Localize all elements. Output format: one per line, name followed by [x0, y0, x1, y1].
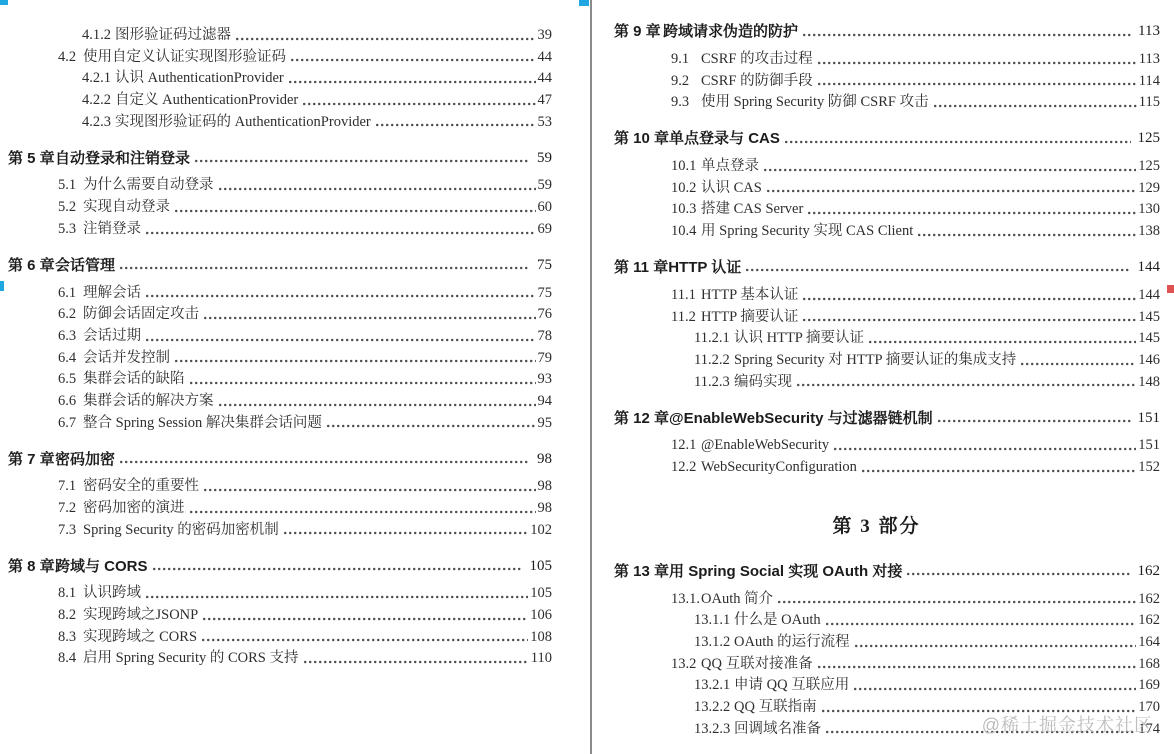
toc-entry-number: 第 13 章 [614, 563, 669, 580]
scan-artifact-top-cyan [579, 0, 589, 6]
toc-entry-title: WebSecurityConfiguration [701, 459, 860, 476]
page-number: 78 [537, 328, 553, 345]
page-number: 144 [1137, 287, 1160, 304]
toc-entry-number: 10.3 [671, 201, 701, 218]
toc-entry-title: 密码安全的重要性 [83, 478, 202, 495]
page-number: 145 [1137, 330, 1160, 347]
page-number: 110 [530, 650, 552, 667]
dot-leader [803, 318, 1136, 322]
page-number: 144 [1137, 259, 1161, 276]
toc-entry-number: 6.6 [58, 393, 83, 410]
toc-entry-title: 使用 Spring Security 防御 CSRF 攻击 [701, 94, 932, 111]
toc-entry-title: 启用 Spring Security 的 CORS 支持 [83, 650, 302, 667]
toc-section-entry: 13.1.2OAuth 的运行流程164 [593, 629, 1160, 651]
dot-leader [818, 82, 1137, 86]
toc-entry-number: 第 10 章 [614, 130, 669, 147]
toc-entry-number: 6.2 [58, 306, 83, 323]
toc-entry-number: 10.4 [671, 223, 701, 240]
toc-entry-title: 认识 HTTP 摘要认证 [734, 330, 867, 347]
dot-leader [146, 231, 536, 235]
toc-entry-number: 4.1.2 [82, 27, 115, 44]
dot-leader [808, 211, 1136, 215]
page-number: 59 [537, 177, 553, 194]
toc-entry-number: 8.2 [58, 607, 83, 624]
toc-entry-title: 实现跨域之JSONP [83, 607, 201, 624]
dot-leader [219, 403, 536, 407]
toc-entry-number: 13.2.3 [694, 721, 734, 738]
toc-entry-title: QQ 互联指南 [734, 699, 820, 716]
toc-section-entry: 10.3搭建 CAS Server130 [593, 196, 1160, 218]
toc-entry-number: 12.1 [671, 437, 701, 454]
dot-leader [778, 600, 1136, 604]
toc-section-entry: 12.2WebSecurityConfiguration152 [593, 454, 1160, 476]
dot-leader [291, 58, 536, 62]
toc-entry-number: 5.2 [58, 199, 83, 216]
page-number: 69 [537, 221, 553, 238]
toc-chapter-entry: 第 6 章会话管理75 [0, 251, 552, 274]
toc-section-entry: 6.2防御会话固定攻击76 [0, 301, 552, 323]
left-page: 4.1.2图形验证码过滤器394.2使用自定义认证实现图形验证码444.2.1认… [0, 0, 592, 754]
toc-section-entry: 11.2.2Spring Security 对 HTTP 摘要认证的集成支持14… [593, 347, 1160, 369]
toc-entry-number: 6.1 [58, 285, 83, 302]
toc-entry-title: 单点登录与 CAS [669, 130, 783, 147]
toc-entry-title: 用 Spring Social 实现 OAuth 对接 [669, 563, 905, 580]
toc-entry-title: 实现图形验证码的 AuthenticationProvider [115, 114, 374, 131]
toc-entry-title: 实现自动登录 [83, 199, 173, 216]
page-number: 53 [537, 114, 553, 131]
toc-entry-number: 4.2 [58, 49, 83, 66]
toc-chapter-entry: 第 7 章密码加密98 [0, 445, 552, 468]
toc-section-entry: 6.1理解会话75 [0, 280, 552, 302]
toc-chapter-entry: 第 8 章跨域与 CORS105 [0, 552, 552, 575]
page-number: 95 [537, 415, 553, 432]
toc-entry-number: 7.3 [58, 522, 83, 539]
page-number: 59 [536, 150, 552, 167]
scan-artifact-corner-cyan [0, 0, 8, 5]
dot-leader [146, 338, 536, 342]
toc-entry-title: 集群会话的缺陷 [83, 371, 188, 388]
toc-entry-number: 第 8 章 [8, 558, 55, 575]
dot-leader [204, 316, 536, 320]
toc-entry-title: 什么是 OAuth [734, 612, 824, 629]
toc-entry-title: OAuth 简介 [701, 591, 776, 608]
toc-section-entry: 9.1CSRF 的攻击过程113 [593, 46, 1160, 68]
page-number: 75 [537, 285, 553, 302]
scan-artifact-left-cyan [0, 281, 4, 291]
toc-document-scan: 4.1.2图形验证码过滤器394.2使用自定义认证实现图形验证码444.2.1认… [0, 0, 1174, 754]
dot-leader [146, 595, 528, 599]
dot-leader [803, 297, 1136, 301]
toc-entry-title: @EnableWebSecurity [701, 437, 832, 454]
dot-leader [746, 268, 1130, 272]
dot-leader [120, 460, 530, 464]
toc-entry-title: 会话管理 [55, 257, 118, 274]
toc-entry-number: 10.1 [671, 158, 701, 175]
toc-section-entry: 4.2使用自定义认证实现图形验证码44 [0, 44, 552, 66]
toc-entry-title: CSRF 的防御手段 [701, 73, 816, 90]
toc-entry-number: 8.1 [58, 585, 83, 602]
toc-entry-title: 会话过期 [83, 328, 144, 345]
toc-entry-title: 回调域名准备 [734, 721, 824, 738]
toc-entry-title: 为什么需要自动登录 [83, 177, 217, 194]
dot-leader [190, 381, 536, 385]
toc-entry-number: 6.4 [58, 350, 83, 367]
toc-entry-title: 自动登录和注销登录 [55, 150, 193, 167]
toc-section-entry: 5.2实现自动登录60 [0, 194, 552, 216]
watermark-text: @稀土掘金技术社区 [982, 711, 1153, 737]
toc-entry-number: 4.2.2 [82, 92, 115, 109]
toc-section-entry: 11.2.1认识 HTTP 摘要认证145 [593, 325, 1160, 347]
dot-leader [303, 102, 535, 106]
toc-entry-number: 13.1. [671, 591, 701, 608]
page-number: 98 [536, 451, 552, 468]
toc-entry-number: 6.3 [58, 328, 83, 345]
dot-leader [190, 510, 536, 514]
toc-entry-number: 11.2.2 [694, 352, 734, 369]
page-number: 93 [537, 371, 553, 388]
toc-entry-number: 第 5 章 [8, 150, 55, 167]
dot-leader [918, 233, 1136, 237]
toc-entry-title: 认识 CAS [701, 180, 765, 197]
page-number: 125 [1137, 158, 1160, 175]
dot-leader [818, 665, 1137, 669]
toc-entry-number: 10.2 [671, 180, 701, 197]
toc-entry-number: 13.2 [671, 656, 701, 673]
toc-entry-title: 搭建 CAS Server [701, 201, 806, 218]
toc-section-entry: 5.3注销登录69 [0, 216, 552, 238]
toc-entry-number: 8.3 [58, 629, 83, 646]
page-number: 106 [529, 607, 552, 624]
toc-entry-number: 5.1 [58, 177, 83, 194]
toc-entry-title: OAuth 的运行流程 [734, 634, 853, 651]
toc-section-entry: 6.6集群会话的解决方案94 [0, 388, 552, 410]
page-number: 162 [1137, 591, 1160, 608]
toc-entry-title: 认识跨域 [83, 585, 144, 602]
page-number: 125 [1137, 130, 1161, 147]
toc-entry-number: 13.1.2 [694, 634, 734, 651]
toc-entry-number: 第 6 章 [8, 257, 55, 274]
dot-leader [764, 168, 1136, 172]
toc-chapter-entry: 第 9 章跨域请求伪造的防护113 [593, 18, 1160, 41]
toc-entry-title: Spring Security 对 HTTP 摘要认证的集成支持 [734, 352, 1019, 369]
toc-section-entry: 8.1认识跨域105 [0, 580, 552, 602]
toc-entry-number: 9.3 [671, 94, 701, 111]
toc-entry-title: 实现跨域之 CORS [83, 629, 200, 646]
page-number: 151 [1137, 410, 1161, 427]
dot-leader [146, 294, 536, 298]
dot-leader [219, 187, 536, 191]
toc-section-entry: 13.1.1什么是 OAuth162 [593, 607, 1160, 629]
toc-section-entry: 10.1单点登录125 [593, 153, 1160, 175]
page-number: 162 [1137, 563, 1161, 580]
toc-entry-number: 11.2 [671, 309, 701, 326]
dot-leader [862, 469, 1136, 473]
toc-section-entry: 9.2CSRF 的防御手段114 [593, 68, 1160, 90]
page-number: 169 [1137, 677, 1160, 694]
dot-leader [203, 617, 528, 621]
dot-leader [869, 340, 1136, 344]
toc-entry-number: 9.1 [671, 51, 701, 68]
toc-chapter-entry: 第 12 章@EnableWebSecurity 与过滤器链机制151 [593, 404, 1160, 427]
toc-entry-title: 防御会话固定攻击 [83, 306, 202, 323]
toc-entry-title: QQ 互联对接准备 [701, 656, 816, 673]
toc-chapter-entry: 第 5 章自动登录和注销登录59 [0, 144, 552, 167]
dot-leader [785, 140, 1131, 144]
page-number: 146 [1137, 352, 1160, 369]
toc-entry-number: 第 12 章 [614, 410, 669, 427]
toc-section-entry: 11.1HTTP 基本认证144 [593, 282, 1160, 304]
toc-entry-number: 13.1.1 [694, 612, 734, 629]
toc-section-entry: 4.2.3实现图形验证码的 AuthenticationProvider53 [0, 109, 552, 131]
toc-section-entry: 4.2.1认识 AuthenticationProvider44 [0, 65, 552, 87]
toc-entry-title: Spring Security 的密码加密机制 [83, 522, 282, 539]
scan-artifact-right-red [1167, 285, 1174, 293]
toc-entry-title: 图形验证码过滤器 [115, 27, 234, 44]
toc-entry-number: 第 11 章 [614, 259, 668, 276]
toc-entry-title: 集群会话的解决方案 [83, 393, 217, 410]
toc-section-entry: 6.3会话过期78 [0, 323, 552, 345]
dot-leader [120, 266, 530, 270]
dot-leader [818, 61, 1137, 65]
toc-entry-number: 6.7 [58, 415, 83, 432]
right-page: 第 9 章跨域请求伪造的防护1139.1CSRF 的攻击过程1139.2CSRF… [593, 0, 1174, 754]
toc-entry-number: 5.3 [58, 221, 83, 238]
toc-section-entry: 8.3实现跨域之 CORS108 [0, 624, 552, 646]
dot-leader [855, 644, 1137, 648]
toc-entry-number: 第 7 章 [8, 451, 55, 468]
toc-section-entry: 7.3Spring Security 的密码加密机制102 [0, 517, 552, 539]
toc-section-entry: 13.2QQ 互联对接准备168 [593, 651, 1160, 673]
page-number: 114 [1138, 73, 1160, 90]
toc-section-entry: 11.2HTTP 摘要认证145 [593, 304, 1160, 326]
dot-leader [284, 531, 529, 535]
page-number: 98 [537, 500, 553, 517]
toc-section-entry: 9.3使用 Spring Security 防御 CSRF 攻击115 [593, 89, 1160, 111]
toc-entry-title: HTTP 摘要认证 [701, 309, 801, 326]
toc-chapter-entry: 第 13 章用 Spring Social 实现 OAuth 对接162 [593, 557, 1160, 580]
dot-leader [826, 622, 1137, 626]
toc-entry-number: 9.2 [671, 73, 701, 90]
page-number: 162 [1137, 612, 1160, 629]
dot-leader [327, 424, 536, 428]
page-number: 39 [537, 27, 553, 44]
toc-entry-title: 密码加密的演进 [83, 500, 188, 517]
toc-section-entry: 8.2实现跨域之JSONP106 [0, 602, 552, 624]
toc-entry-number: 7.1 [58, 478, 83, 495]
dot-leader [767, 189, 1136, 193]
toc-entry-number: 11.2.1 [694, 330, 734, 347]
toc-entry-number: 4.2.1 [82, 70, 115, 87]
toc-section-entry: 4.1.2图形验证码过滤器39 [0, 22, 552, 44]
toc-entry-title: @EnableWebSecurity 与过滤器链机制 [669, 410, 936, 427]
toc-entry-title: 用 Spring Security 实现 CAS Client [701, 223, 916, 240]
toc-entry-number: 12.2 [671, 459, 701, 476]
toc-entry-number: 6.5 [58, 371, 83, 388]
dot-leader [834, 447, 1136, 451]
toc-entry-title: 整合 Spring Session 解决集群会话问题 [83, 415, 325, 432]
page-number: 168 [1137, 656, 1160, 673]
toc-entry-number: 7.2 [58, 500, 83, 517]
dot-leader [854, 687, 1136, 691]
page-number: 76 [537, 306, 553, 323]
toc-entry-title: HTTP 认证 [668, 259, 744, 276]
page-number: 113 [1137, 23, 1160, 40]
page-number: 145 [1137, 309, 1160, 326]
dot-leader [175, 209, 536, 213]
page-number: 164 [1137, 634, 1160, 651]
page-number: 102 [529, 522, 552, 539]
page-divider [590, 0, 592, 754]
part-heading: 第 3 部分 [593, 510, 1160, 544]
toc-entry-number: 11.1 [671, 287, 701, 304]
page-number: 79 [537, 350, 553, 367]
toc-entry-title: 密码加密 [55, 451, 118, 468]
dot-leader [934, 104, 1137, 108]
toc-entry-title: 跨域请求伪造的防护 [663, 23, 801, 40]
page-number: 108 [529, 629, 552, 646]
dot-leader [376, 123, 536, 127]
toc-section-entry: 6.5集群会话的缺陷93 [0, 366, 552, 388]
dot-leader [202, 638, 528, 642]
page-number: 94 [537, 393, 553, 410]
page-number: 152 [1137, 459, 1160, 476]
page-number: 105 [529, 585, 552, 602]
toc-section-entry: 7.1密码安全的重要性98 [0, 473, 552, 495]
dot-leader [803, 33, 1131, 37]
dot-leader [236, 37, 536, 41]
dot-leader [289, 80, 536, 84]
dot-leader [204, 488, 536, 492]
toc-entry-title: 注销登录 [83, 221, 144, 238]
dot-leader [195, 159, 530, 163]
page-number: 60 [537, 199, 553, 216]
toc-section-entry: 12.1@EnableWebSecurity151 [593, 432, 1160, 454]
toc-entry-number: 4.2.3 [82, 114, 115, 131]
dot-leader [1021, 362, 1136, 366]
page-number: 151 [1137, 437, 1160, 454]
page-number: 129 [1137, 180, 1160, 197]
toc-section-entry: 7.2密码加密的演进98 [0, 495, 552, 517]
page-number: 115 [1138, 94, 1160, 111]
page-number: 47 [537, 92, 553, 109]
dot-leader [907, 572, 1130, 576]
toc-section-entry: 4.2.2自定义 AuthenticationProvider47 [0, 87, 552, 109]
toc-section-entry: 13.1.OAuth 简介162 [593, 586, 1160, 608]
toc-entry-title: 理解会话 [83, 285, 144, 302]
toc-chapter-entry: 第 11 章HTTP 认证144 [593, 253, 1160, 276]
toc-entry-title: HTTP 基本认证 [701, 287, 801, 304]
page-number: 148 [1137, 374, 1160, 391]
page-number: 113 [1138, 51, 1160, 68]
toc-entry-title: 会话并发控制 [83, 350, 173, 367]
toc-section-entry: 8.4启用 Spring Security 的 CORS 支持110 [0, 645, 552, 667]
toc-section-entry: 5.1为什么需要自动登录59 [0, 172, 552, 194]
toc-section-entry: 10.4用 Spring Security 实现 CAS Client138 [593, 218, 1160, 240]
page-number: 75 [536, 257, 552, 274]
toc-section-entry: 11.2.3编码实现148 [593, 369, 1160, 391]
toc-entry-title: 申请 QQ 互联应用 [734, 677, 852, 694]
toc-section-entry: 6.7整合 Spring Session 解决集群会话问题95 [0, 410, 552, 432]
toc-entry-title: CSRF 的攻击过程 [701, 51, 816, 68]
page-number: 98 [537, 478, 553, 495]
page-number: 138 [1137, 223, 1160, 240]
page-number: 105 [529, 558, 553, 575]
dot-leader [304, 660, 529, 664]
dot-leader [797, 383, 1136, 387]
toc-entry-title: 单点登录 [701, 158, 762, 175]
dot-leader [938, 419, 1131, 423]
toc-entry-title: 认识 AuthenticationProvider [115, 70, 287, 87]
page-number: 44 [537, 49, 553, 66]
toc-entry-title: 使用自定义认证实现图形验证码 [83, 49, 289, 66]
toc-section-entry: 6.4会话并发控制79 [0, 345, 552, 367]
toc-entry-number: 第 9 章 [614, 23, 663, 40]
toc-section-entry: 10.2认识 CAS129 [593, 175, 1160, 197]
toc-entry-number: 8.4 [58, 650, 83, 667]
dot-leader [153, 567, 523, 571]
toc-entry-title: 编码实现 [734, 374, 795, 391]
page-number: 44 [537, 70, 553, 87]
toc-chapter-entry: 第 10 章单点登录与 CAS125 [593, 125, 1160, 148]
dot-leader [175, 359, 536, 363]
toc-entry-title: 跨域与 CORS [55, 558, 151, 575]
toc-entry-title: 自定义 AuthenticationProvider [115, 92, 301, 109]
page-number: 130 [1137, 201, 1160, 218]
toc-section-entry: 13.2.1申请 QQ 互联应用169 [593, 672, 1160, 694]
toc-entry-number: 13.2.2 [694, 699, 734, 716]
toc-entry-number: 11.2.3 [694, 374, 734, 391]
toc-entry-number: 13.2.1 [694, 677, 734, 694]
